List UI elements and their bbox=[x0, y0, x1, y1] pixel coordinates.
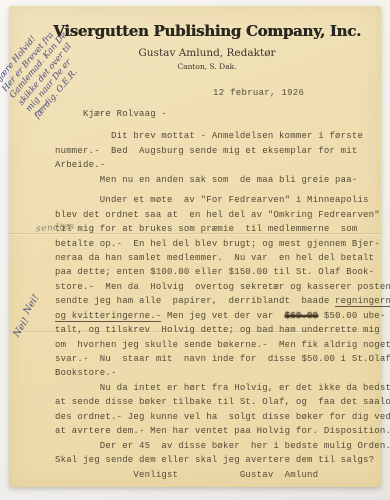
letter-line: nummer.- Bed Augsburg sende mig et eksem… bbox=[55, 144, 377, 158]
letter-line-segment: sendte jeg ham alle papirer, derriblandt… bbox=[55, 296, 335, 306]
letter-line: Kjære Rolvaag - bbox=[55, 107, 377, 121]
letter-line: svar.- Nu staar mit navn inde for disse … bbox=[55, 352, 377, 366]
letter-page: Visergutten Publishing Company, Inc. Gus… bbox=[9, 6, 381, 487]
letter-body: Kjære Rolvaag - Dit brev mottat - Anmeld… bbox=[55, 107, 377, 482]
underlined-word: regningerne bbox=[335, 296, 390, 307]
letter-line: blev det ordnet saa at en hel del av "Om… bbox=[55, 208, 377, 222]
letter-line: des ordnet.- Jeg kunne vel ha solgt diss… bbox=[55, 410, 377, 424]
underlined-word: og kvitteringerne.- bbox=[55, 311, 161, 322]
letter-line: og kvitteringerne.- Men jeg vet der var … bbox=[55, 309, 377, 323]
letter-line: talt, og tilskrev Holvig dette; og bad h… bbox=[55, 323, 377, 337]
letter-line: Under et møte av "For Fedrearven" i Minn… bbox=[55, 193, 377, 207]
handwritten-margin-note: Nei! bbox=[21, 293, 41, 316]
letterhead-location: Canton, S. Dak. bbox=[39, 62, 375, 71]
letter-line: til mig for at brukes som præmie til med… bbox=[55, 222, 377, 236]
letter-line: Nu da intet er hørt fra Holvig, er det i… bbox=[55, 381, 377, 395]
letter-line: betalte op.- En hel del blev brugt; og m… bbox=[55, 237, 377, 251]
letter-date: 12 februar, 1926 bbox=[213, 88, 304, 98]
letter-line: at avrtere dem.- Men har ventet paa Holv… bbox=[55, 424, 377, 438]
letter-line: om hvorhen jeg skulle sende bøkerne.- Me… bbox=[55, 338, 377, 352]
struck-out-amount: $60.00 bbox=[285, 311, 319, 321]
letter-line: Arbeide.- bbox=[55, 158, 377, 172]
letter-line: Der er 45 av disse bøker her i bedste mu… bbox=[55, 439, 377, 453]
letter-line: Men nu en anden sak som de maa bli greie… bbox=[55, 173, 377, 187]
letter-line: Dit brev mottat - Anmeldelsen kommer i f… bbox=[55, 129, 377, 143]
letter-line: store.- Men da Holvig overtog sekretær o… bbox=[55, 280, 377, 294]
handwritten-margin-note: Nei! bbox=[11, 316, 31, 339]
letter-line-segment: Men jeg vet der var bbox=[161, 311, 284, 321]
letter-line: paa dette; enten $100.00 eller $150.00 t… bbox=[55, 265, 377, 279]
letter-line: Bookstore.- bbox=[55, 366, 377, 380]
letter-line: neraa da han samlet medlemmer. Nu var en… bbox=[55, 251, 377, 265]
letter-line-segment: $50.00 ube- bbox=[318, 311, 385, 321]
letter-line: at sende disse bøker tilbake til St. Ola… bbox=[55, 395, 377, 409]
letter-line: Venligst Gustav Amlund bbox=[55, 468, 377, 482]
letter-line: Skal jeg sende dem eller skal jeg averte… bbox=[55, 453, 377, 467]
letter-line: sendte jeg ham alle papirer, derriblandt… bbox=[55, 294, 377, 308]
scanned-letter-image: Visergutten Publishing Company, Inc. Gus… bbox=[0, 0, 390, 500]
